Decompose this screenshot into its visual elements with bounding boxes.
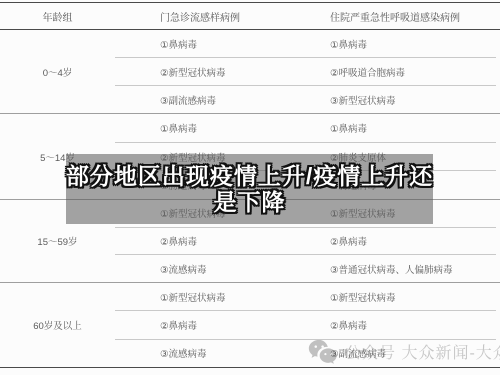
- cell-outpatient-rank3: ③流感病毒: [115, 346, 330, 360]
- table-row: ②鼻病毒 ②鼻病毒: [115, 228, 496, 256]
- table-row: ①新型冠状病毒 ①新型冠状病毒: [115, 283, 496, 311]
- cell-inpatient-rank1: ①鼻病毒: [330, 37, 496, 51]
- caption-line1: 部分地区出现疫情上升/疫情上升还: [66, 163, 433, 189]
- table-row: ②鼻病毒 ②鼻病毒: [115, 311, 496, 339]
- cell-inpatient-rank3: ③普通冠状病毒、人偏肺病毒: [330, 262, 496, 276]
- cell-inpatient-rank1: ①新型冠状病毒: [330, 290, 496, 304]
- table-row: ③流感病毒 ③副流感病毒: [115, 340, 496, 367]
- col-header-age-group: 年龄组: [0, 9, 115, 24]
- cell-outpatient-rank2: ②鼻病毒: [115, 318, 330, 332]
- cell-outpatient-rank3: ③副流感病毒: [115, 93, 330, 107]
- col-header-outpatient-ili: 门急诊流感样病例: [115, 9, 330, 24]
- table-row: ③流感病毒 ③普通冠状病毒、人偏肺病毒: [115, 255, 496, 282]
- table-row: ③副流感病毒 ③新型冠状病毒: [115, 86, 496, 113]
- cell-inpatient-rank2: ②鼻病毒: [330, 234, 496, 248]
- cell-inpatient-rank2: ②呼吸道合胞病毒: [330, 65, 496, 79]
- table-row-group-age-0-4: 0～4岁 ①鼻病毒 ①鼻病毒 ②新型冠状病毒 ②呼吸道合胞病毒 ③副流感病毒 ③…: [0, 30, 500, 114]
- col-header-inpatient-sari: 住院严重急性呼吸道感染病例: [330, 9, 500, 24]
- age-group-label: 0～4岁: [0, 30, 115, 113]
- caption-line2: 是下降: [214, 189, 286, 215]
- caption-overlay: 部分地区出现疫情上升/疫情上升还 是下降: [66, 154, 433, 224]
- table-row: ①鼻病毒 ①鼻病毒: [115, 30, 496, 58]
- cell-inpatient-rank3: ③新型冠状病毒: [330, 93, 496, 107]
- table-row-group-age-60-plus: 60岁及以上 ①新型冠状病毒 ①新型冠状病毒 ②鼻病毒 ②鼻病毒 ③流感病毒 ③…: [0, 283, 500, 368]
- table-row: ②新型冠状病毒 ②呼吸道合胞病毒: [115, 58, 496, 86]
- cell-outpatient-rank3: ③流感病毒: [115, 262, 330, 276]
- table-row: ①鼻病毒 ①鼻病毒: [115, 114, 496, 143]
- cell-outpatient-rank2: ②新型冠状病毒: [115, 65, 330, 79]
- cell-outpatient-rank2: ②鼻病毒: [115, 234, 330, 248]
- cell-inpatient-rank1: ①鼻病毒: [330, 121, 496, 135]
- cell-outpatient-rank1: ①鼻病毒: [115, 121, 330, 135]
- cell-inpatient-rank3: ③副流感病毒: [330, 346, 496, 360]
- table-header-row: 年龄组 门急诊流感样病例 住院严重急性呼吸道感染病例: [0, 3, 500, 30]
- cell-inpatient-rank2: ②鼻病毒: [330, 318, 496, 332]
- cell-outpatient-rank1: ①新型冠状病毒: [115, 290, 330, 304]
- cell-outpatient-rank1: ①鼻病毒: [115, 37, 330, 51]
- age-group-label: 60岁及以上: [0, 283, 115, 367]
- page: 公众号 大众新闻-大众日报 年龄组 门急诊流感样病例 住院严重急性呼吸道感染病例…: [0, 0, 500, 375]
